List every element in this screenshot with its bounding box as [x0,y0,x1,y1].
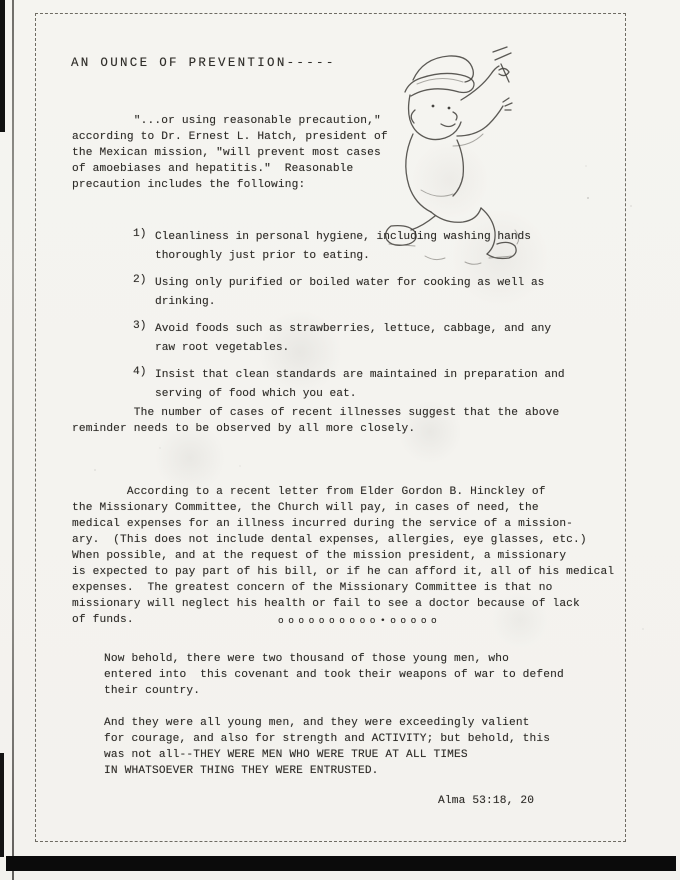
list-item: 3) Avoid foods such as strawberries, let… [133,318,529,356]
scan-edge-line [12,0,14,880]
list-item-text: Using only purified or boiled water for … [155,277,544,308]
policy-paragraph: According to a recent letter from Elder … [72,484,614,628]
reminder-paragraph: The number of cases of recent illnesses … [72,405,559,437]
list-item-number: 3) [133,318,146,334]
list-item-number: 1) [133,226,146,242]
list-item: 1) Cleanliness in personal hygiene, incl… [133,226,509,264]
scan-artifact-bar-top [0,0,5,132]
scripture-attribution: Alma 53:18, 20 [438,793,534,809]
list-item: 2) Using only purified or boiled water f… [133,272,522,310]
list-item-text: Avoid foods such as strawberries, lettuc… [155,323,551,354]
scripture-verse-2: And they were all young men, and they we… [104,715,550,779]
dotted-divider: oooooooooo•ooooo [278,615,441,627]
list-item-text: Insist that clean standards are maintain… [155,369,565,400]
page-title: AN OUNCE OF PREVENTION----- [71,56,336,71]
list-item-number: 4) [133,364,146,380]
scripture-verse-1: Now behold, there were two thousand of t… [104,651,564,699]
scan-artifact-bar-bottom [0,753,4,857]
list-item-number: 2) [133,272,146,288]
intro-paragraph: "...or using reasonable precaution," acc… [72,113,388,193]
scan-artifact-bar-bottom-edge [6,856,676,871]
scanned-document-page: AN OUNCE OF PREVENTION----- "...or using… [0,0,680,880]
list-item: 4) Insist that clean standards are maint… [133,364,543,402]
list-item-text: Cleanliness in personal hygiene, includi… [155,231,531,262]
